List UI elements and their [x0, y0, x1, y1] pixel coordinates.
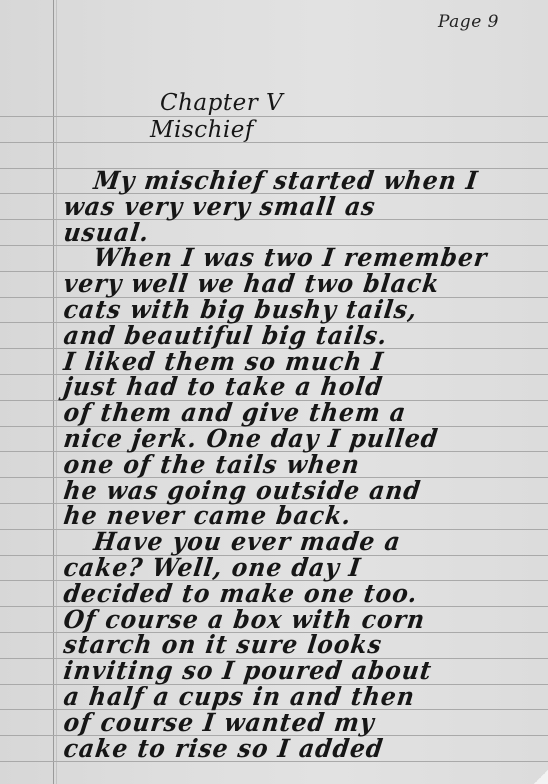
text-line: starch on it sure looks: [62, 630, 384, 659]
text-line: just had to take a hold: [62, 372, 385, 401]
text-line: nice jerk. One day I pulled: [62, 424, 440, 453]
text-line: of course I wanted my: [62, 708, 377, 737]
text-line: decided to make one too.: [62, 579, 420, 608]
ruled-line: [0, 142, 548, 143]
text-line: a half a cups in and then: [62, 682, 417, 711]
ruled-line: [0, 116, 548, 117]
page-corner: [534, 770, 548, 784]
text-line: was very very small as: [62, 192, 378, 221]
text-line: My mischief started when I: [92, 166, 480, 195]
text-line: cats with big bushy tails,: [62, 295, 419, 324]
chapter-heading: Chapter V: [160, 90, 283, 116]
text-line: When I was two I remember: [92, 243, 489, 272]
text-line: very well we had two black: [62, 269, 442, 298]
chapter-title: Mischief: [150, 117, 254, 143]
text-line: cake to rise so I added: [62, 734, 385, 763]
text-line: Have you ever made a: [92, 527, 403, 556]
margin-line: [53, 0, 54, 784]
text-line: of them and give them a: [62, 398, 408, 427]
text-line: one of the tails when: [62, 450, 362, 479]
text-line: cake? Well, one day I: [62, 553, 363, 582]
page-number: Page 9: [438, 12, 499, 32]
margin-line-secondary: [56, 0, 57, 784]
text-line: he never came back.: [62, 501, 354, 530]
text-line: inviting so I poured about: [62, 656, 434, 685]
handwritten-page: Page 9 Chapter V Mischief My mischief st…: [0, 0, 548, 784]
text-line: and beautiful big tails.: [62, 321, 389, 350]
